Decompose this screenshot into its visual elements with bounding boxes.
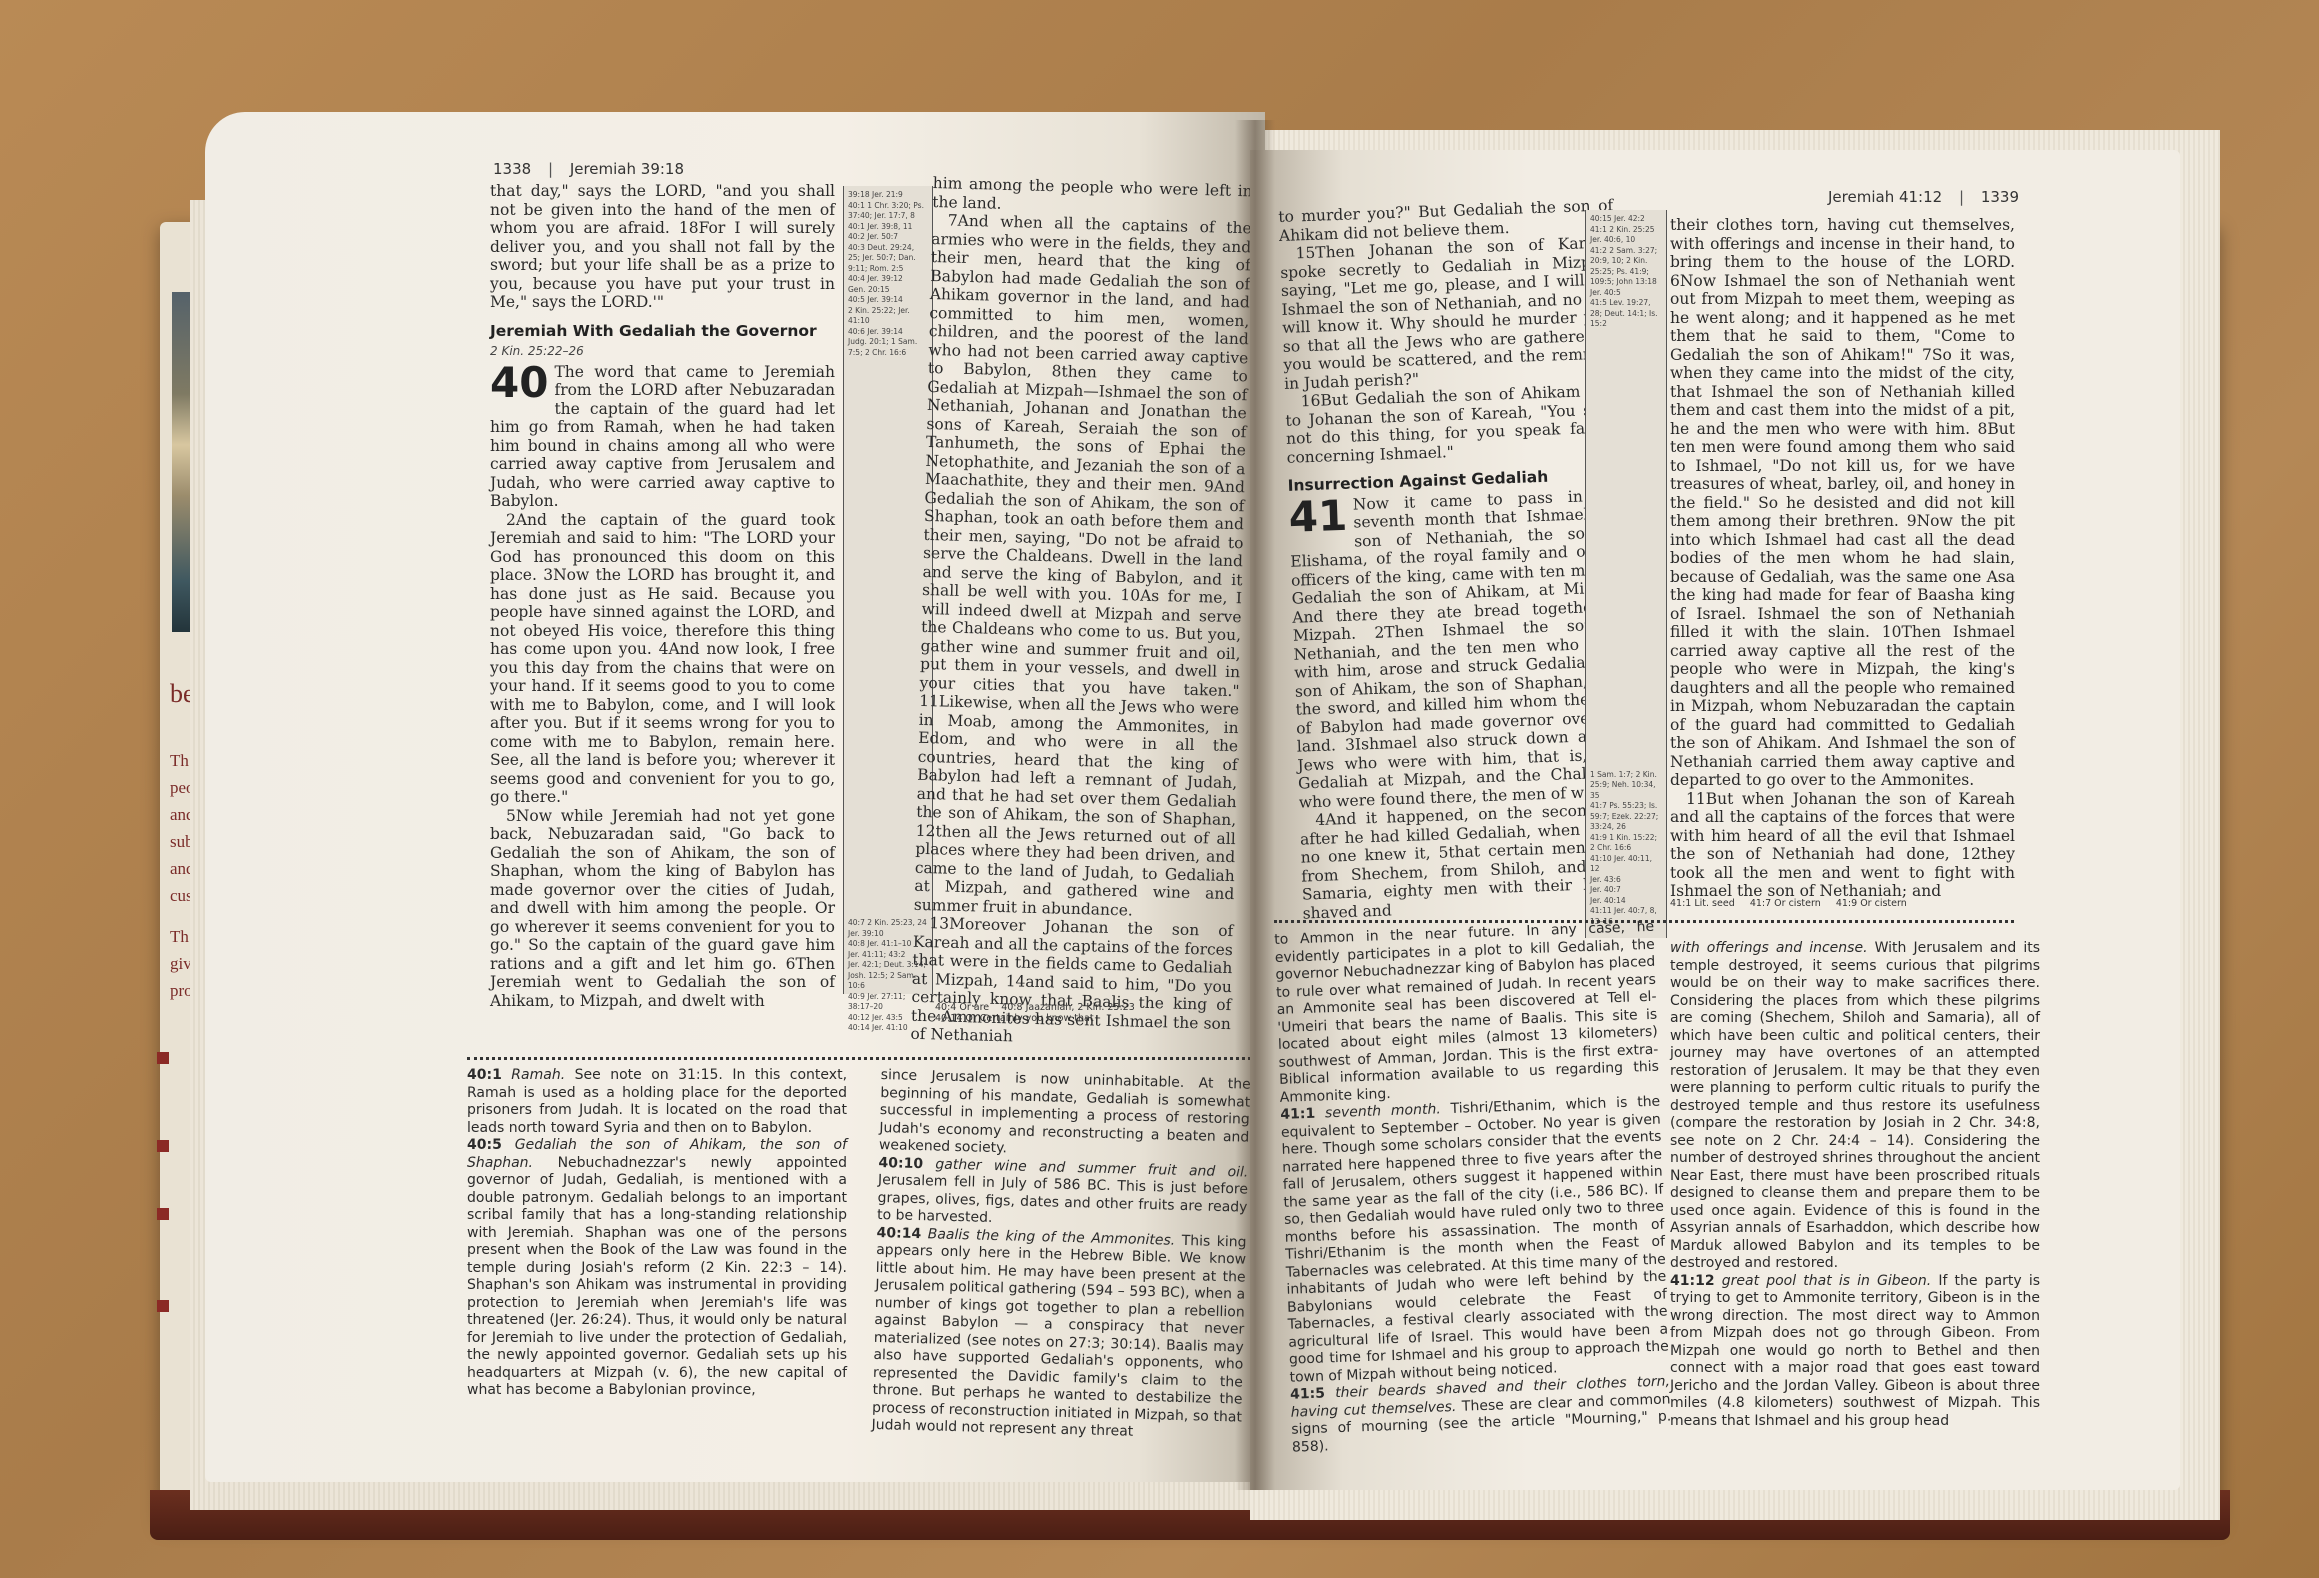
jacket-bullet-icon bbox=[157, 1052, 169, 1064]
cross-ref: 41:10 Jer. 40:11, 12 bbox=[1590, 854, 1662, 875]
left-page: 1338 | Jeremiah 39:18 that day," says th… bbox=[205, 112, 1265, 1482]
page-number: 1339 bbox=[1981, 188, 2019, 206]
cross-ref: 40:5 Jer. 39:14 bbox=[848, 295, 928, 306]
study-notes-column-2: with offerings and incense. With Jerusal… bbox=[1670, 940, 2040, 1430]
study-note: 41:12 great pool that is in Gibeon. If t… bbox=[1670, 1273, 2040, 1431]
study-note: 40:5 Gedaliah the son of Ahikam, the son… bbox=[467, 1137, 847, 1400]
verse-text: their clothes torn, having cut themselve… bbox=[1670, 216, 2015, 790]
study-notes-column-1: to Ammon in the near future. In any case… bbox=[1274, 919, 1672, 1457]
verse-text: 7And when all the captains of the armies… bbox=[914, 211, 1252, 922]
cross-ref: Jer. 40:7 bbox=[1590, 885, 1662, 896]
cross-reference-column: 40:15 Jer. 42:2 41:1 2 Kin. 25:25 Jer. 4… bbox=[1585, 210, 1667, 938]
footnote: 41:1 Lit. seed bbox=[1670, 898, 1735, 909]
cross-ref: Jer. 40:14 bbox=[1590, 896, 1662, 907]
verse-text: 5Now while Jeremiah had not yet gone bac… bbox=[490, 807, 835, 1011]
cross-ref: 2 Kin. 25:22; Jer. 41:10 bbox=[848, 306, 928, 327]
right-page: Jeremiah 41:12 | 1339 to murder you?" Bu… bbox=[1250, 150, 2180, 1490]
left-text-column-1: that day," says the LORD, "and you shall… bbox=[490, 182, 835, 1010]
section-parallel-ref: 2 Kin. 25:22–26 bbox=[490, 342, 835, 361]
verse-text: 16But Gedaliah the son of Ahikam said to… bbox=[1284, 381, 1621, 467]
study-note: since Jerusalem is now uninhabitable. At… bbox=[879, 1067, 1251, 1164]
left-running-head: 1338 | Jeremiah 39:18 bbox=[493, 160, 684, 178]
cross-ref: 40:1 1 Chr. 3:20; Ps. 37:40; Jer. 17:7, … bbox=[848, 201, 928, 222]
cross-ref: 41:2 2 Sam. 3:27; 20:9, 10; 2 Kin. 25:25… bbox=[1590, 246, 1662, 288]
study-notes-column-1: 40:1 Ramah. See note on 31:15. In this c… bbox=[467, 1067, 847, 1400]
study-notes-column-2: since Jerusalem is now uninhabitable. At… bbox=[871, 1067, 1250, 1444]
cross-ref: 40:15 Jer. 42:2 bbox=[1590, 214, 1662, 225]
cross-ref: 41:1 2 Kin. 25:25 bbox=[1590, 225, 1662, 236]
cross-ref: 40:3 Deut. 29:24, 25; Jer. 50:7; Dan. 9:… bbox=[848, 243, 928, 275]
verse-text: 13Moreover Johanan the son of Kareah and… bbox=[910, 914, 1233, 1052]
cross-ref: 41:5 Lev. 19:27, 28; Deut. 14:1; Is. 15:… bbox=[1590, 298, 1662, 330]
study-note: 40:10 gather wine and summer fruit and o… bbox=[877, 1154, 1249, 1234]
footnote: 40:14 Or Certainly you know that bbox=[935, 1013, 1094, 1024]
cross-ref: 40:2 Jer. 50:7 bbox=[848, 232, 928, 243]
verse-text: 2And the captain of the guard took Jerem… bbox=[490, 511, 835, 807]
cross-ref: 41:7 Ps. 55:23; Is. 59:7; Ezek. 22:27; 3… bbox=[1590, 801, 1662, 833]
study-note: 41:1 seventh month. Tishri/Ethanim, whic… bbox=[1280, 1094, 1670, 1387]
footnote: 41:9 Or cistern bbox=[1836, 898, 1907, 909]
cross-ref: Jer. 40:5 bbox=[1590, 288, 1662, 299]
verse-text: 15Then Johanan the son of Kareah spoke s… bbox=[1279, 233, 1619, 393]
cross-ref: 41:9 1 Kin. 15:22; 2 Chr. 16:6 bbox=[1590, 833, 1662, 854]
jacket-bullet-icon bbox=[157, 1300, 169, 1312]
section-heading: Jeremiah With Gedaliah the Governor bbox=[490, 322, 835, 341]
verse-text: 11But when Johanan the son of Kareah and… bbox=[1670, 790, 2015, 901]
left-text-column-2: him among the people who were left in th… bbox=[910, 174, 1253, 1052]
chapter-number: 41 bbox=[1288, 497, 1348, 535]
study-note: 40:14 Baalis the king of the Ammonites. … bbox=[871, 1224, 1246, 1444]
notes-divider bbox=[467, 1057, 1257, 1060]
cross-ref: Gen. 20:15 bbox=[848, 285, 928, 296]
study-note: to Ammon in the near future. In any case… bbox=[1274, 919, 1660, 1107]
study-note: with offerings and incense. With Jerusal… bbox=[1670, 940, 2040, 1273]
footnote: 40:4 Or are bbox=[935, 1002, 989, 1013]
cross-ref: Jer. 40:6, 10 bbox=[1590, 235, 1662, 246]
jacket-bullet-icon bbox=[157, 1140, 169, 1152]
study-note: 41:5 their beards shaved and their cloth… bbox=[1290, 1373, 1672, 1456]
page-number: 1338 bbox=[493, 160, 531, 178]
book-gutter bbox=[1235, 120, 1275, 1490]
footnote: 41:7 Or cistern bbox=[1750, 898, 1821, 909]
cross-ref: 40:6 Jer. 39:14 bbox=[848, 327, 928, 338]
chapter-number: 40 bbox=[490, 365, 548, 401]
right-text-column-1: to murder you?" But Gedaliah the son of … bbox=[1278, 196, 1638, 922]
verse-text: that day," says the LORD, "and you shall… bbox=[490, 182, 835, 312]
jacket-bullet-icon bbox=[157, 1208, 169, 1220]
cross-ref: Jer. 43:6 bbox=[1590, 875, 1662, 886]
translation-footnotes: 41:1 Lit. seed 41:7 Or cistern 41:9 Or c… bbox=[1670, 898, 2015, 909]
footnote: 40:8 Jaazaniah, 2 Kin. 25:23 bbox=[1001, 1002, 1135, 1013]
cross-ref: 39:18 Jer. 21:9 bbox=[848, 190, 928, 201]
right-text-column-2: their clothes torn, having cut themselve… bbox=[1670, 216, 2015, 901]
cross-ref: 40:1 Jer. 39:8, 11 bbox=[848, 222, 928, 233]
translation-footnotes: 40:4 Or are 40:8 Jaazaniah, 2 Kin. 25:23… bbox=[935, 1002, 1255, 1024]
cross-ref: 40:4 Jer. 39:12 bbox=[848, 274, 928, 285]
running-head-reference: Jeremiah 39:18 bbox=[570, 160, 684, 178]
cross-ref: 1 Sam. 1:7; 2 Kin. 25:9; Neh. 10:34, 35 bbox=[1590, 770, 1662, 802]
running-head-reference: Jeremiah 41:12 bbox=[1828, 188, 1942, 206]
cross-ref: Judg. 20:1; 1 Sam. 7:5; 2 Chr. 16:6 bbox=[848, 337, 928, 358]
study-note: 40:1 Ramah. See note on 31:15. In this c… bbox=[467, 1067, 847, 1137]
right-running-head: Jeremiah 41:12 | 1339 bbox=[1828, 188, 2019, 206]
